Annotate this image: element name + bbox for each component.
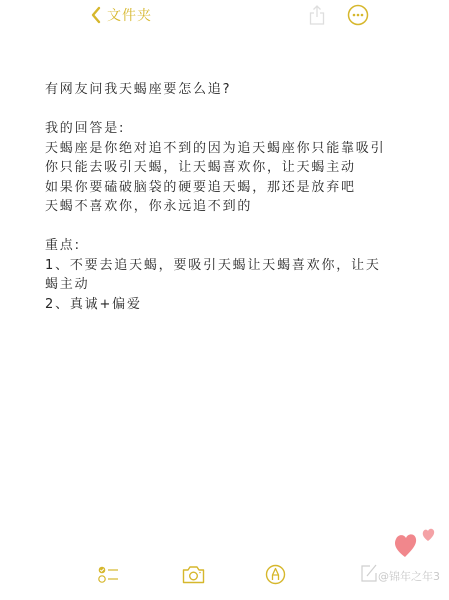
camera-icon[interactable] xyxy=(182,565,205,584)
navigation-bar: 文件夹 xyxy=(0,0,449,32)
blank-line xyxy=(45,217,425,237)
blank-line xyxy=(45,100,425,120)
note-line: 天蝎座是你绝对追不到的因为追天蝎座你只能靠吸引 xyxy=(45,139,425,159)
checklist-icon[interactable] xyxy=(98,566,120,584)
note-line: 我的回答是: xyxy=(45,119,425,139)
more-icon[interactable] xyxy=(347,4,369,26)
note-line: 重点: xyxy=(45,236,425,256)
note-line: 2、真诚+偏爱 xyxy=(45,295,425,315)
note-line: 有网友问我天蝎座要怎么追? xyxy=(45,80,425,100)
chevron-left-icon xyxy=(90,6,102,24)
back-label: 文件夹 xyxy=(107,5,152,25)
share-icon[interactable] xyxy=(308,4,326,26)
back-to-folders-button[interactable]: 文件夹 xyxy=(90,5,152,25)
note-line: 蝎主动 xyxy=(45,275,425,295)
note-line: 天蝎不喜欢你，你永远追不到的 xyxy=(45,197,425,217)
note-line: 你只能去吸引天蝎，让天蝎喜欢你，让天蝎主动 xyxy=(45,158,425,178)
hearts-sticker-icon xyxy=(393,527,439,561)
watermark: @锦年之年3 xyxy=(378,568,440,584)
note-body[interactable]: 有网友问我天蝎座要怎么追? 我的回答是: 天蝎座是你绝对追不到的因为追天蝎座你只… xyxy=(45,80,425,314)
note-line: 如果你要磕破脑袋的硬要追天蝎，那还是放弃吧 xyxy=(45,178,425,198)
markup-pen-icon[interactable] xyxy=(265,564,286,585)
compose-icon[interactable] xyxy=(360,563,378,583)
note-line: 1、不要去追天蝎，要吸引天蝎让天蝎喜欢你，让天 xyxy=(45,256,425,276)
